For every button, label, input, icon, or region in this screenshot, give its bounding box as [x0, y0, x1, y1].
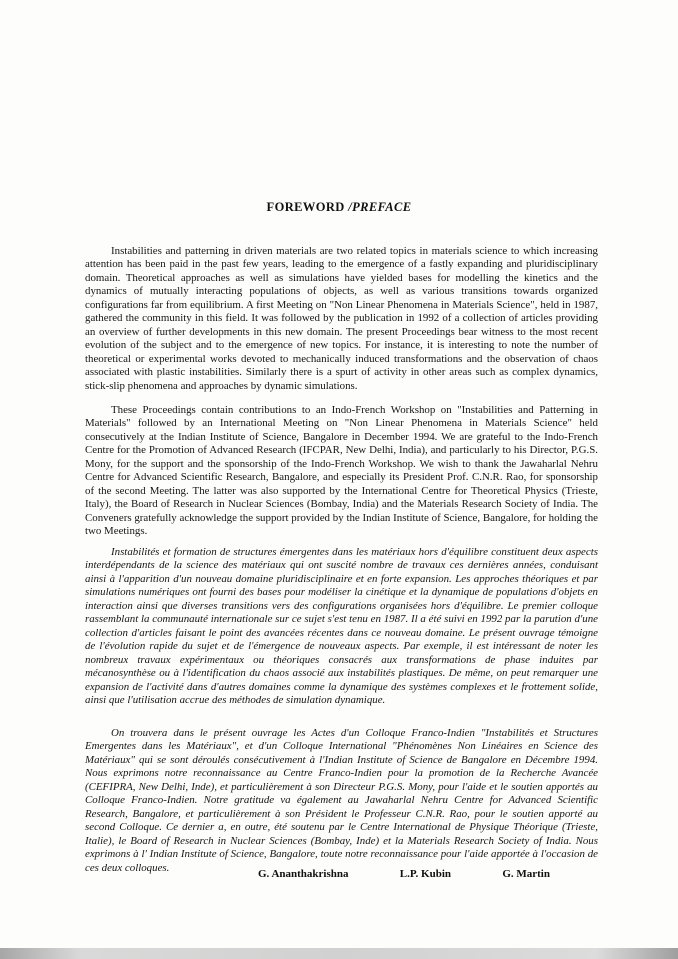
foreword-title-en: FOREWORD	[267, 200, 345, 214]
preface-title-fr: /PREFACE	[348, 200, 411, 214]
scan-edge-artifact	[0, 948, 678, 959]
document-page: FOREWORD /PREFACE Instabilities and patt…	[0, 0, 678, 959]
author-name: G. Martin	[502, 868, 550, 880]
authors-row: G. Ananthakrishna L.P. Kubin G. Martin	[258, 868, 550, 880]
french-paragraph-1: Instabilités et formation de structures …	[85, 546, 598, 707]
author-name: G. Ananthakrishna	[258, 868, 348, 880]
author-name: L.P. Kubin	[400, 868, 451, 880]
french-paragraph-2: On trouvera dans le présent ouvrage les …	[85, 727, 598, 875]
english-paragraph-1: Instabilities and patterning in driven m…	[85, 245, 598, 393]
page-title: FOREWORD /PREFACE	[0, 200, 678, 215]
english-paragraph-2: These Proceedings contain contributions …	[85, 404, 598, 539]
